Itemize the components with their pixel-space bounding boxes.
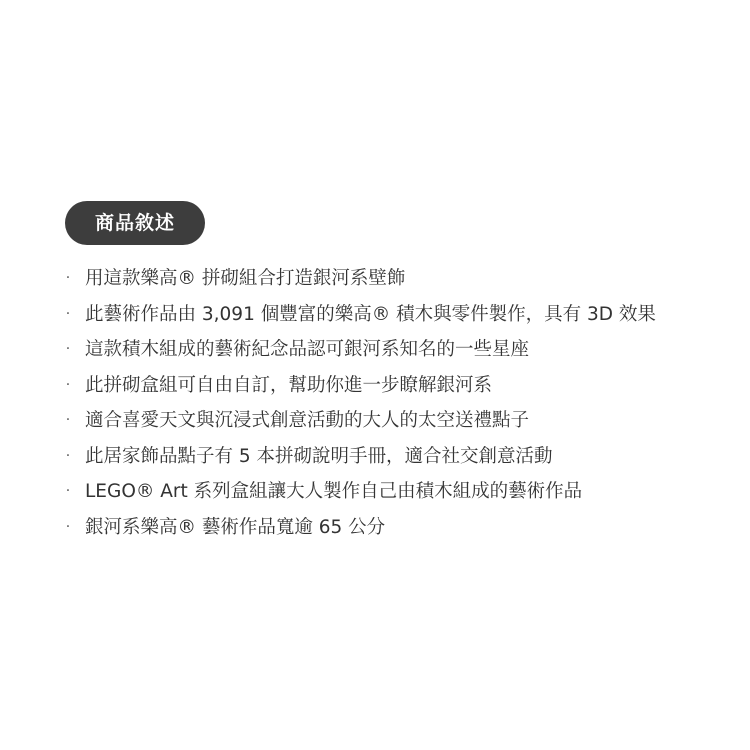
bullet-icon: ·: [65, 261, 71, 297]
list-item: · 這款積木組成的藝術紀念品認可銀河系知名的一些星座: [65, 332, 725, 368]
bullet-icon: ·: [65, 439, 71, 475]
bullet-icon: ·: [65, 403, 71, 439]
list-item: · 此藝術作品由 3,091 個豐富的樂高® 積木與零件製作，具有 3D 效果: [65, 297, 725, 333]
bullet-icon: ·: [65, 297, 71, 333]
bullet-icon: ·: [65, 368, 71, 404]
list-item-text: 銀河系樂高® 藝術作品寬逾 65 公分: [85, 510, 385, 546]
list-item: · 適合喜愛天文與沉浸式創意活動的大人的太空送禮點子: [65, 403, 725, 439]
list-item-text: 這款積木組成的藝術紀念品認可銀河系知名的一些星座: [85, 332, 529, 368]
list-item-text: 此居家飾品點子有 5 本拼砌說明手冊，適合社交創意活動: [85, 439, 553, 475]
list-item-text: 此藝術作品由 3,091 個豐富的樂高® 積木與零件製作，具有 3D 效果: [85, 297, 656, 333]
bullet-icon: ·: [65, 474, 71, 510]
product-description-section: 商品敘述 · 用這款樂高® 拼砌組合打造銀河系壁飾 · 此藝術作品由 3,091…: [65, 201, 725, 545]
list-item: · 用這款樂高® 拼砌組合打造銀河系壁飾: [65, 261, 725, 297]
list-item: · 此拼砌盒組可自由自訂，幫助你進一步瞭解銀河系: [65, 368, 725, 404]
list-item: · 此居家飾品點子有 5 本拼砌說明手冊，適合社交創意活動: [65, 439, 725, 475]
list-item-text: LEGO® Art 系列盒組讓大人製作自己由積木組成的藝術作品: [85, 474, 582, 510]
list-item: · 銀河系樂高® 藝術作品寬逾 65 公分: [65, 510, 725, 546]
list-item: · LEGO® Art 系列盒組讓大人製作自己由積木組成的藝術作品: [65, 474, 725, 510]
list-item-text: 此拼砌盒組可自由自訂，幫助你進一步瞭解銀河系: [85, 368, 492, 404]
bullet-icon: ·: [65, 510, 71, 546]
list-item-text: 適合喜愛天文與沉浸式創意活動的大人的太空送禮點子: [85, 403, 529, 439]
feature-list: · 用這款樂高® 拼砌組合打造銀河系壁飾 · 此藝術作品由 3,091 個豐富的…: [65, 261, 725, 545]
bullet-icon: ·: [65, 332, 71, 368]
section-title-badge: 商品敘述: [65, 201, 205, 245]
list-item-text: 用這款樂高® 拼砌組合打造銀河系壁飾: [85, 261, 405, 297]
